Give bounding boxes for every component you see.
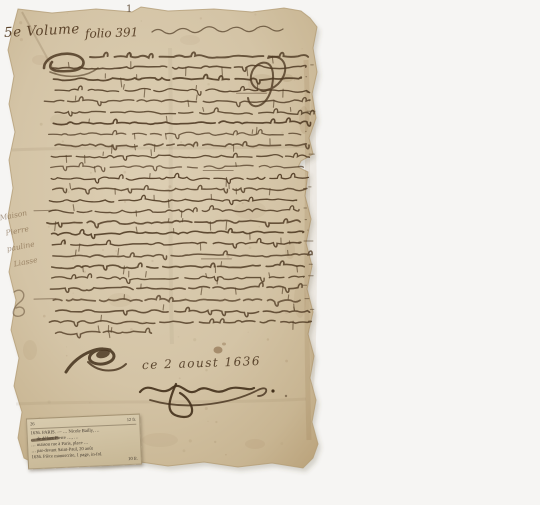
handwriting-line (166, 116, 167, 122)
catalogue-clipping: 26 12 fr. 1636. PARIS. — … Nicole Bailly… (26, 414, 142, 470)
foxing-dot (205, 407, 208, 410)
handwriting-line (256, 127, 257, 133)
handwriting-line (151, 150, 152, 156)
foxing-dot (214, 441, 216, 443)
paper-stain (245, 439, 265, 449)
foxing-dot (178, 336, 180, 338)
handwriting-line (206, 274, 207, 278)
foxing-dot (168, 191, 170, 193)
handwriting-line (112, 144, 113, 153)
handwriting-line (222, 67, 223, 75)
handwriting-line (297, 266, 298, 272)
handwriting-line (288, 295, 289, 299)
foxing-dot (183, 449, 186, 452)
foxing-dot (124, 201, 126, 203)
foxing-dot (66, 346, 67, 347)
foxing-dot (141, 20, 142, 21)
paper-stain (180, 35, 200, 45)
handwriting-line (294, 307, 295, 310)
handwriting-line (221, 262, 222, 266)
paper-sheet (8, 7, 318, 468)
foxing-dot (115, 250, 117, 252)
foxing-dot (102, 249, 104, 251)
foxing-dot (89, 402, 90, 403)
foxing-dot (48, 226, 50, 228)
foxing-dot (294, 80, 295, 81)
handwriting-line (273, 100, 274, 107)
handwriting-line (236, 163, 237, 167)
foxing-dot (254, 13, 256, 15)
paper-stain (23, 340, 37, 360)
handwriting-line (288, 250, 289, 255)
clipping-lot-number: 26 (30, 421, 35, 427)
foxing-dot (242, 202, 244, 204)
paper-stain (309, 90, 317, 390)
handwriting-line (252, 130, 253, 134)
foxing-dot (231, 257, 233, 259)
handwriting-line (89, 119, 90, 122)
paper-stain (214, 347, 223, 354)
foxing-dot (151, 260, 153, 262)
handwriting-line (111, 328, 112, 333)
handwriting-line (34, 299, 56, 300)
foxing-dot (180, 141, 182, 143)
foxing-dot (200, 17, 202, 19)
foxing-dot (302, 48, 303, 49)
foxing-dot (72, 258, 74, 260)
foxing-dot (43, 315, 46, 318)
handwriting-line (101, 315, 102, 321)
handwriting-line (289, 241, 290, 244)
foxing-dot (215, 421, 217, 423)
foxing-dot (285, 360, 288, 363)
handwriting-line (64, 240, 65, 244)
ink-fleck (285, 395, 287, 397)
photo-of-manuscript: 1 5e Volume folio 391 Maison Pierre paul… (0, 0, 540, 505)
foxing-dot (72, 292, 74, 294)
foxing-dot (68, 191, 70, 193)
handwriting-line (168, 219, 169, 222)
foxing-dot (249, 246, 252, 249)
foxing-dot (64, 188, 65, 189)
foxing-dot (110, 127, 111, 128)
foxing-dot (207, 83, 210, 86)
foxing-dot (130, 328, 133, 331)
clipping-header-price: 12 fr. (127, 417, 137, 423)
foxing-dot (257, 29, 258, 30)
ink-dot (271, 389, 274, 392)
foxing-dot (179, 377, 181, 379)
foxing-dot (40, 123, 43, 126)
foxing-dot (259, 28, 260, 29)
foxing-dot (227, 255, 230, 258)
handwriting-line (282, 288, 283, 294)
handwriting-line (75, 250, 76, 255)
foxing-dot (62, 140, 64, 142)
foxing-dot (267, 338, 269, 340)
handwriting-line (226, 222, 227, 230)
foxing-dot (207, 421, 208, 422)
foxing-dot (48, 400, 51, 403)
foxing-dot (171, 415, 173, 417)
handwriting-line (269, 189, 270, 195)
page-number: 1 (126, 4, 132, 15)
foxing-dot (168, 185, 171, 188)
paper-stain (142, 433, 178, 447)
foxing-dot (193, 338, 196, 341)
handwriting-line (83, 266, 84, 272)
handwriting-line (235, 288, 236, 294)
handwriting-line (134, 133, 135, 139)
foxing-dot (281, 132, 283, 134)
folio-label: folio 391 (85, 25, 139, 41)
foxing-dot (280, 442, 283, 445)
foxing-dot (123, 171, 126, 174)
foxing-dot (248, 332, 249, 333)
foxing-dot (225, 454, 227, 456)
foxing-dot (259, 226, 260, 227)
handwriting-line (68, 62, 69, 67)
foxing-dot (189, 439, 192, 442)
foxing-dot (90, 172, 92, 174)
foxing-dot (66, 355, 68, 357)
handwriting-line (163, 305, 164, 310)
paper-stain (222, 343, 226, 346)
handwriting-line (144, 89, 145, 97)
foxing-dot (67, 13, 68, 14)
handwriting-line (168, 200, 169, 208)
